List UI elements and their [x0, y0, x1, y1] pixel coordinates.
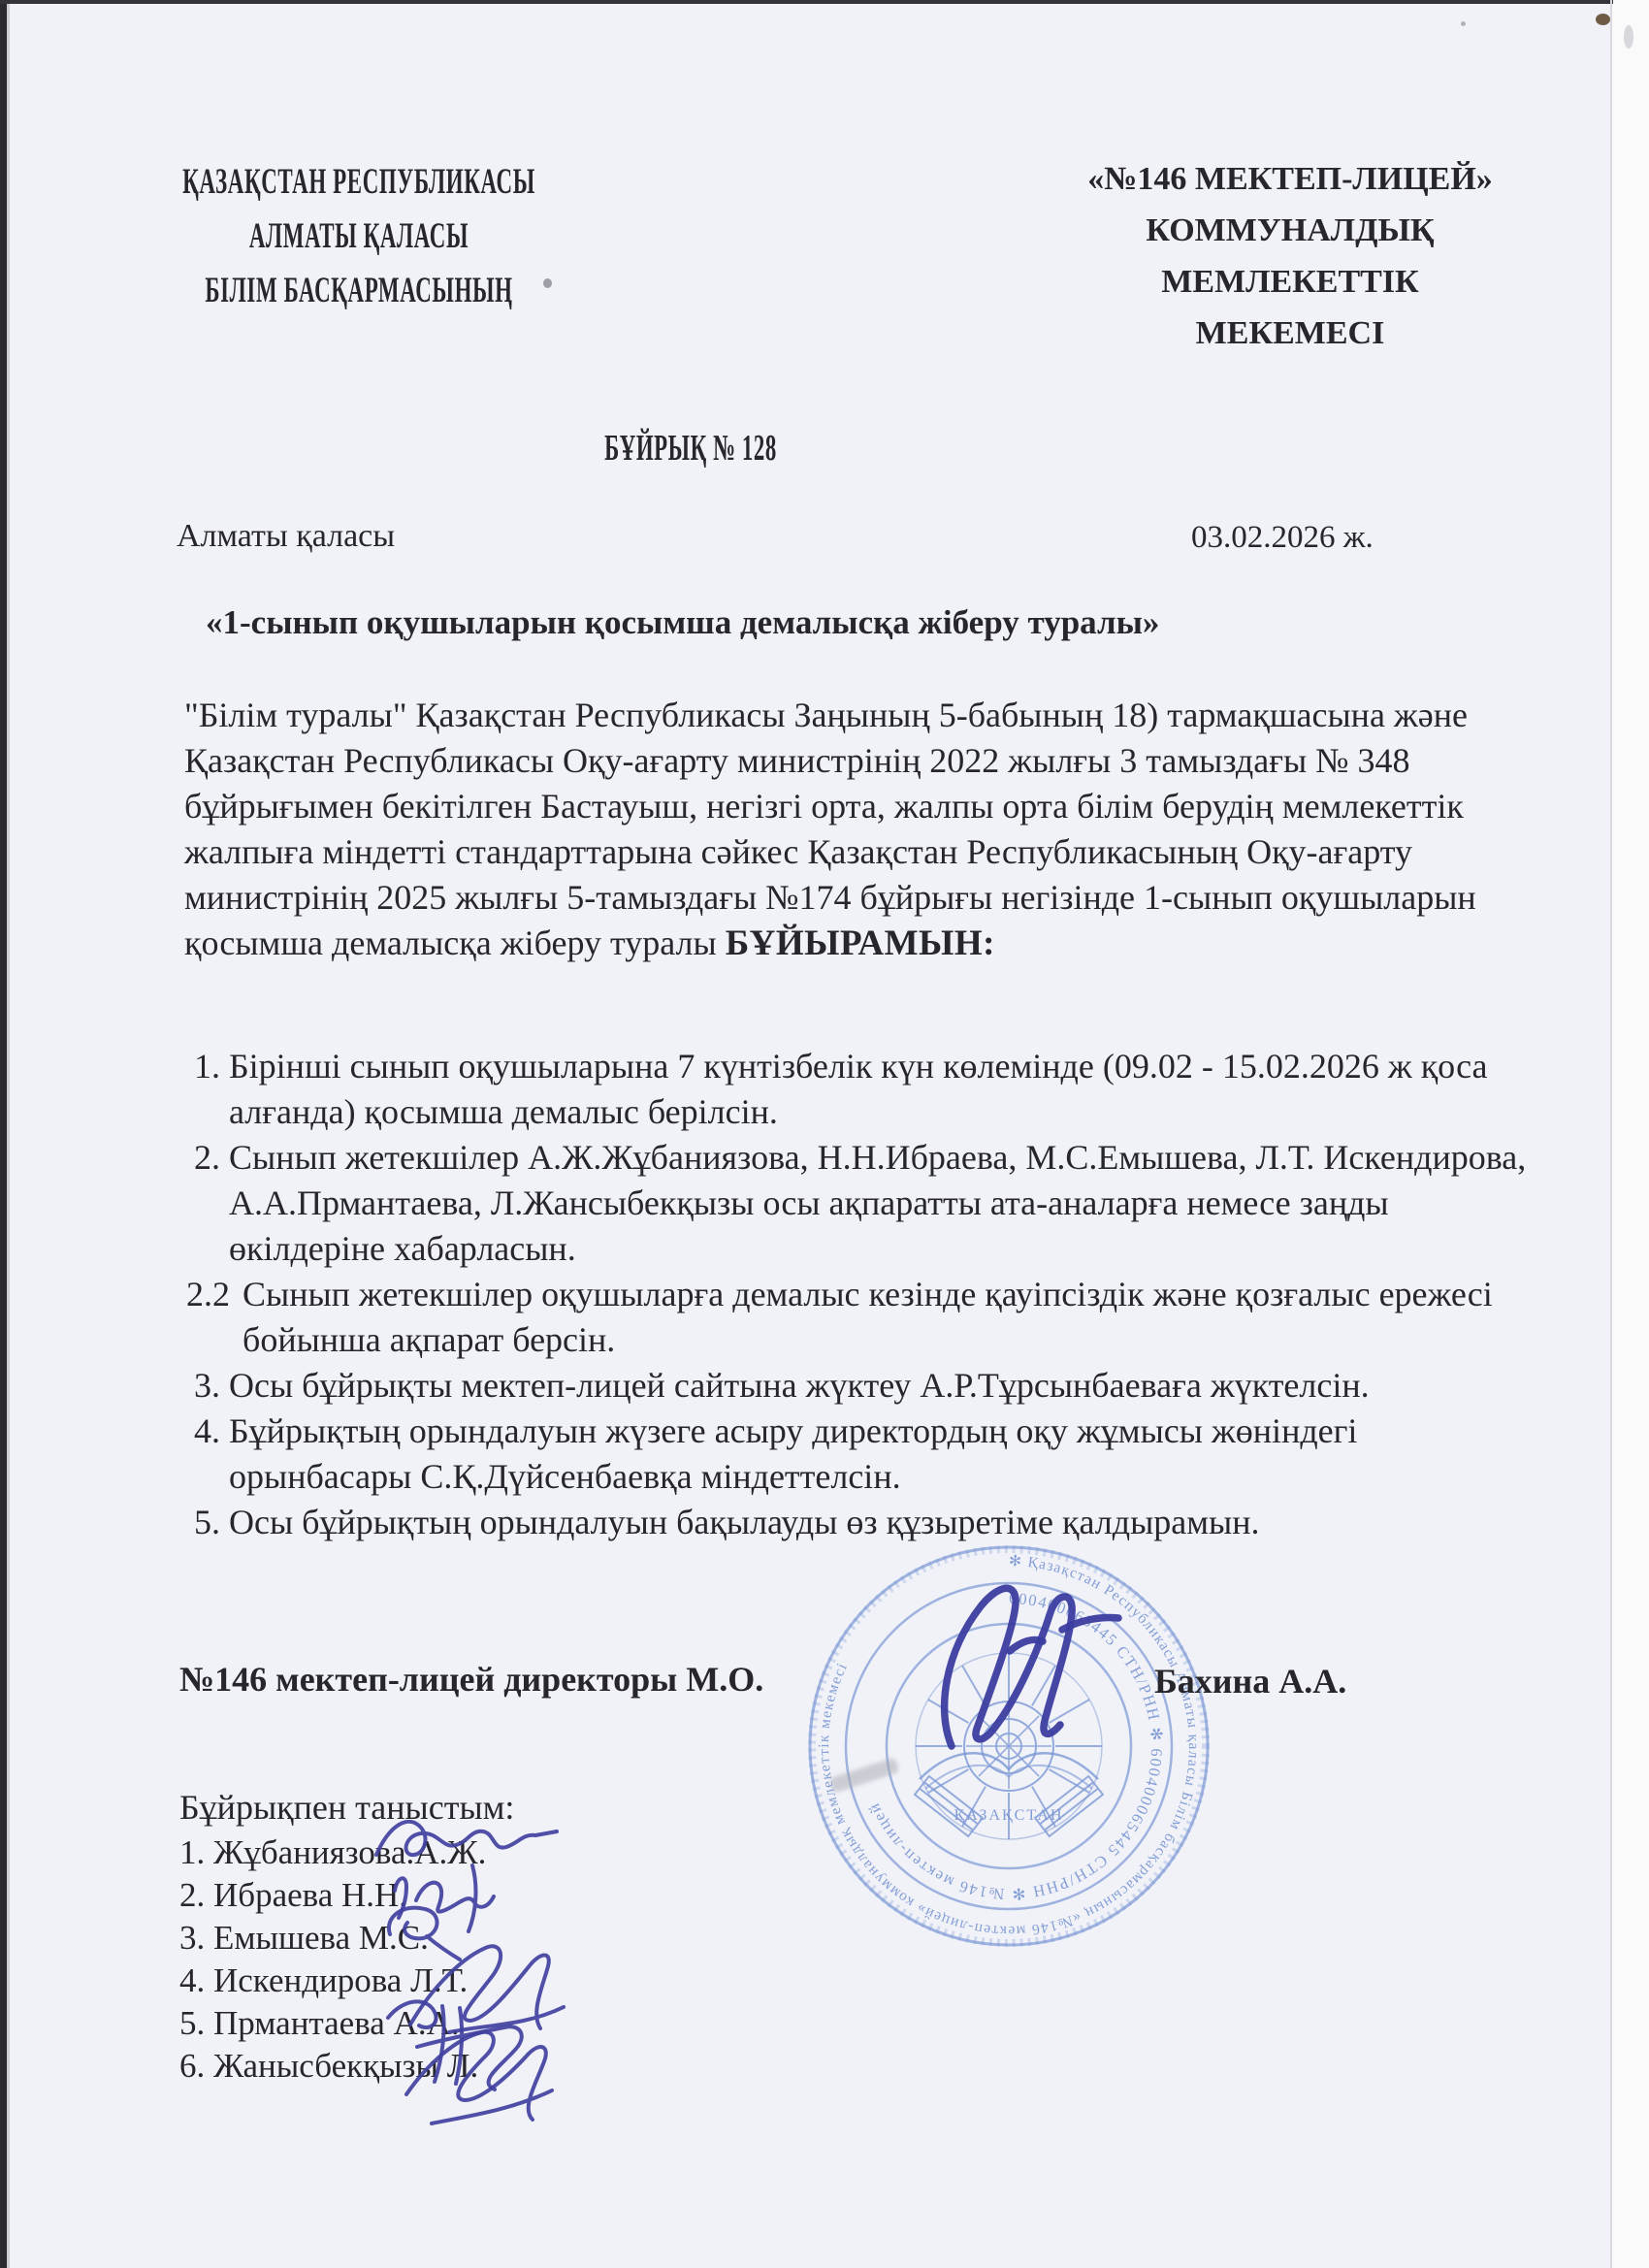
scanned-order-document: ҚАЗАҚСТАН РЕСПУБЛИКАСЫ АЛМАТЫ ҚАЛАСЫ БІЛ… — [0, 0, 1649, 2268]
item-number: 4. — [184, 1409, 229, 1500]
order-title: БҰЙРЫҚ № 128 — [516, 427, 865, 470]
paper-speck — [1461, 21, 1466, 26]
scan-edge-right-line — [1610, 0, 1612, 2268]
paper-smudge — [1624, 25, 1633, 49]
order-item: 5. Осы бұйрықтың орындалуын бақылауды өз… — [184, 1500, 1528, 1545]
letterhead-left-line: АЛМАТЫ ҚАЛАСЫ — [173, 210, 545, 264]
letterhead-right-line: КОММУНАЛДЫҚ — [1057, 205, 1523, 256]
order-verb: БҰЙЫРАМЫН: — [726, 923, 995, 963]
order-subject: «1-сынып оқушыларын қосымша демалысқа жі… — [206, 603, 1159, 642]
city-label: Алматы қаласы — [177, 518, 395, 555]
order-body: "Білім туралы" Қазақстан Республикасы За… — [184, 693, 1511, 966]
ink-speck — [543, 278, 552, 288]
item-text: Сынып жетекшілер оқушыларға демалыс кезі… — [242, 1272, 1528, 1363]
item-number: 5. — [184, 1500, 229, 1545]
item-number: 2. — [184, 1135, 229, 1272]
order-item: 2.2 Сынып жетекшілер оқушыларға демалыс … — [184, 1272, 1528, 1363]
letterhead-right-line: «№146 МЕКТЕП-ЛИЦЕЙ» — [1057, 153, 1523, 205]
item-text: Сынып жетекшілер А.Ж.Жұбаниязова, Н.Н.Иб… — [229, 1135, 1528, 1272]
letterhead-left-line: БІЛІМ БАСҚАРМАСЫНЫҢ — [173, 264, 545, 318]
item-text: Осы бұйрықтың орындалуын бақылауды өз құ… — [229, 1500, 1528, 1545]
stamp-center-label: ҚАЗАҚСТАН — [954, 1807, 1064, 1824]
item-text: Осы бұйрықты мектеп-лицей сайтына жүктеу… — [229, 1363, 1528, 1409]
teacher-signature-6 — [393, 2023, 563, 2134]
order-date: 03.02.2026 ж. — [1191, 520, 1374, 556]
item-text: Бірінші сынып оқушыларына 7 күнтізбелік … — [229, 1044, 1528, 1135]
order-body-text: "Білім туралы" Қазақстан Республикасы За… — [184, 696, 1476, 962]
director-signature — [917, 1573, 1130, 1758]
item-text: Бұйрықтың орындалуын жүзеге асыру директ… — [229, 1409, 1528, 1500]
scan-edge-top — [0, 0, 1613, 4]
letterhead-left-line: ҚАЗАҚСТАН РЕСПУБЛИКАСЫ — [173, 155, 545, 210]
paper-speck — [1596, 14, 1610, 25]
order-item: 3. Осы бұйрықты мектеп-лицей сайтына жүк… — [184, 1363, 1528, 1409]
scan-edge-left — [0, 0, 7, 2268]
item-number: 2.2 — [184, 1272, 242, 1363]
item-number: 3. — [184, 1363, 229, 1409]
scan-edge-left-highlight — [7, 0, 10, 2268]
order-items: 1. Бірінші сынып оқушыларына 7 күнтізбел… — [184, 1044, 1528, 1545]
scan-edge-right — [1612, 0, 1649, 2268]
letterhead-right-line: МЕМЛЕКЕТТІК — [1057, 256, 1523, 308]
item-number: 1. — [184, 1044, 229, 1135]
letterhead-right: «№146 МЕКТЕП-ЛИЦЕЙ» КОММУНАЛДЫҚ МЕМЛЕКЕТ… — [1057, 153, 1523, 359]
order-item: 4. Бұйрықтың орындалуын жүзеге асыру дир… — [184, 1409, 1528, 1500]
letterhead-left: ҚАЗАҚСТАН РЕСПУБЛИКАСЫ АЛМАТЫ ҚАЛАСЫ БІЛ… — [173, 155, 545, 318]
order-item: 1. Бірінші сынып оқушыларына 7 күнтізбел… — [184, 1044, 1528, 1135]
director-name: Бахина А.А. — [1154, 1661, 1346, 1701]
director-title: №146 мектеп-лицей директоры М.О. — [179, 1659, 763, 1700]
order-item: 2. Сынып жетекшілер А.Ж.Жұбаниязова, Н.Н… — [184, 1135, 1528, 1272]
letterhead-right-line: МЕКЕМЕСІ — [1057, 308, 1523, 359]
